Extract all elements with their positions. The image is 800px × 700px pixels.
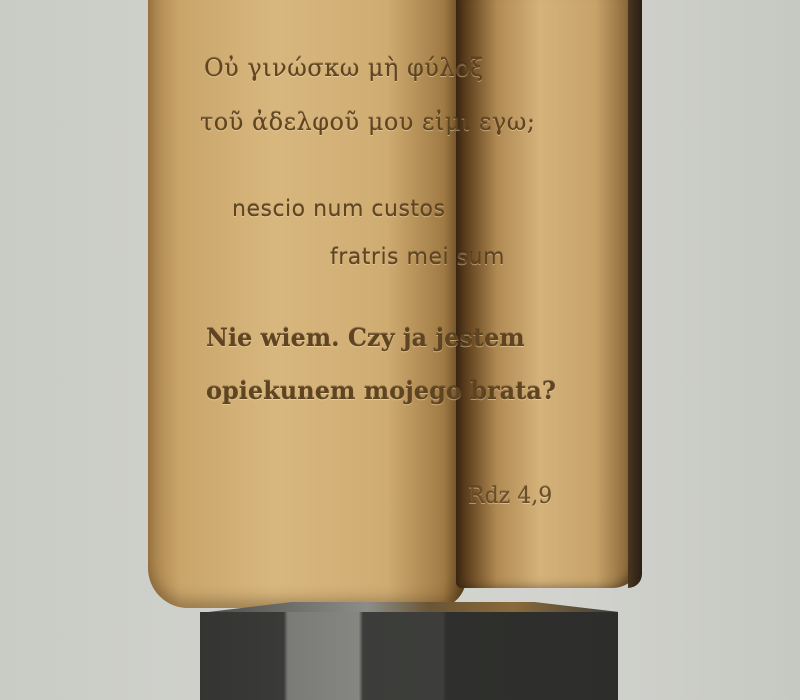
page-edge xyxy=(628,0,642,588)
polish-line-2: opiekunem mojego brata? xyxy=(206,376,556,405)
latin-line-2: fratris mei sum xyxy=(330,245,505,270)
bronze-left-page xyxy=(148,0,466,608)
granite-base xyxy=(200,612,618,700)
bible-reference: Rdz 4,9 xyxy=(468,484,552,509)
greek-line-1: Οὐ γινώσκω μὴ φύλοξ xyxy=(204,54,484,82)
latin-line-1: nescio num custos xyxy=(232,197,445,222)
greek-line-2: τοῦ ἀδελφοῦ μου εἰμι εγω; xyxy=(200,108,535,136)
sculpture-photo: Οὐ γινώσκω μὴ φύλοξ τοῦ ἀδελφοῦ μου εἰμι… xyxy=(0,0,800,700)
polish-line-1: Nie wiem. Czy ja jestem xyxy=(206,323,525,352)
